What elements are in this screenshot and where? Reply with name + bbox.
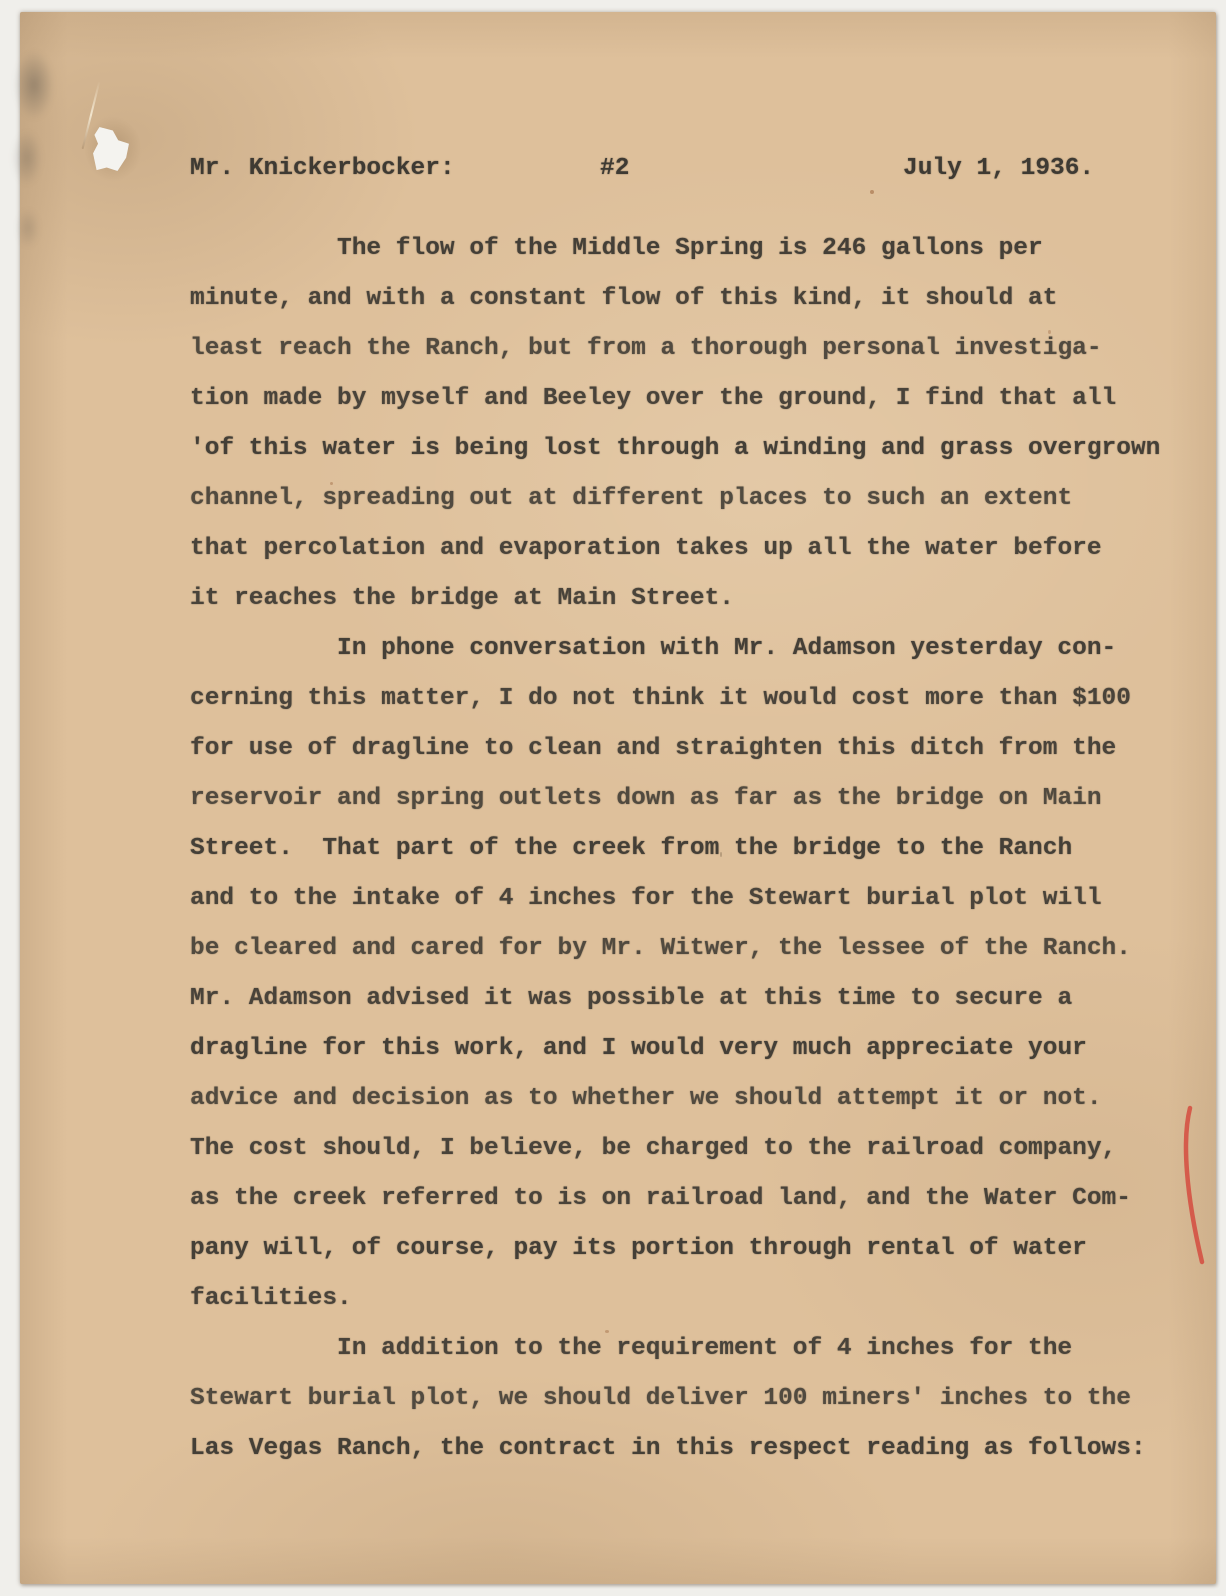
text-line: for use of dragline to clean and straigh… xyxy=(190,724,1180,774)
text-line: Street. That part of the creek from the … xyxy=(190,824,1180,874)
page-number: #2 xyxy=(600,144,629,194)
text-line: that percolation and evaporation takes u… xyxy=(190,524,1180,574)
text-line: pany will, of course, pay its portion th… xyxy=(190,1224,1180,1274)
text-line: In addition to the requirement of 4 inch… xyxy=(190,1324,1180,1374)
text-line: advice and decision as to whether we sho… xyxy=(190,1074,1180,1124)
text-line: Las Vegas Ranch, the contract in this re… xyxy=(190,1424,1180,1474)
recipient-line: Mr. Knickerbocker: xyxy=(190,144,455,194)
edge-smudge xyxy=(14,50,54,120)
text-line: 'of this water is being lost through a w… xyxy=(190,424,1180,474)
edge-smudge xyxy=(12,130,42,186)
letter-page: Mr. Knickerbocker: #2 July 1, 1936. The … xyxy=(20,12,1216,1584)
text-line: Stewart burial plot, we should deliver 1… xyxy=(190,1374,1180,1424)
red-pencil-margin-mark xyxy=(1160,1100,1220,1270)
paper-speck xyxy=(208,1000,211,1003)
text-line: channel, spreading out at different plac… xyxy=(190,474,1180,524)
text-line: tion made by myself and Beeley over the … xyxy=(190,374,1180,424)
text-line: it reaches the bridge at Main Street. xyxy=(190,574,1180,624)
text-line: minute, and with a constant flow of this… xyxy=(190,274,1180,324)
screenshot-root: { "page": { "kind": "scanned typewritten… xyxy=(0,0,1226,1596)
text-line: In phone conversation with Mr. Adamson y… xyxy=(190,624,1180,674)
text-line: reservoir and spring outlets down as far… xyxy=(190,774,1180,824)
paper-speck xyxy=(1048,330,1051,334)
text-line: cerning this matter, I do not think it w… xyxy=(190,674,1180,724)
letter-header: Mr. Knickerbocker: #2 July 1, 1936. xyxy=(190,144,1170,194)
paper-speck xyxy=(330,482,333,485)
paper-speck xyxy=(720,852,722,857)
date-line: July 1, 1936. xyxy=(903,144,1094,194)
paper-speck xyxy=(870,190,874,194)
text-line: dragline for this work, and I would very… xyxy=(190,1024,1180,1074)
text-line: least reach the Ranch, but from a thorou… xyxy=(190,324,1180,374)
text-line: The flow of the Middle Spring is 246 gal… xyxy=(190,224,1180,274)
text-line: Mr. Adamson advised it was possible at t… xyxy=(190,974,1180,1024)
paper-speck xyxy=(605,1330,609,1333)
body-lines: The flow of the Middle Spring is 246 gal… xyxy=(190,224,1180,1474)
text-line: and to the intake of 4 inches for the St… xyxy=(190,874,1180,924)
text-line: facilities. xyxy=(190,1274,1180,1324)
text-line: as the creek referred to is on railroad … xyxy=(190,1174,1180,1224)
text-line: be cleared and cared for by Mr. Witwer, … xyxy=(190,924,1180,974)
edge-smudge xyxy=(16,208,40,248)
text-line: The cost should, I believe, be charged t… xyxy=(190,1124,1180,1174)
scanner-background: Mr. Knickerbocker: #2 July 1, 1936. The … xyxy=(0,0,1226,1596)
